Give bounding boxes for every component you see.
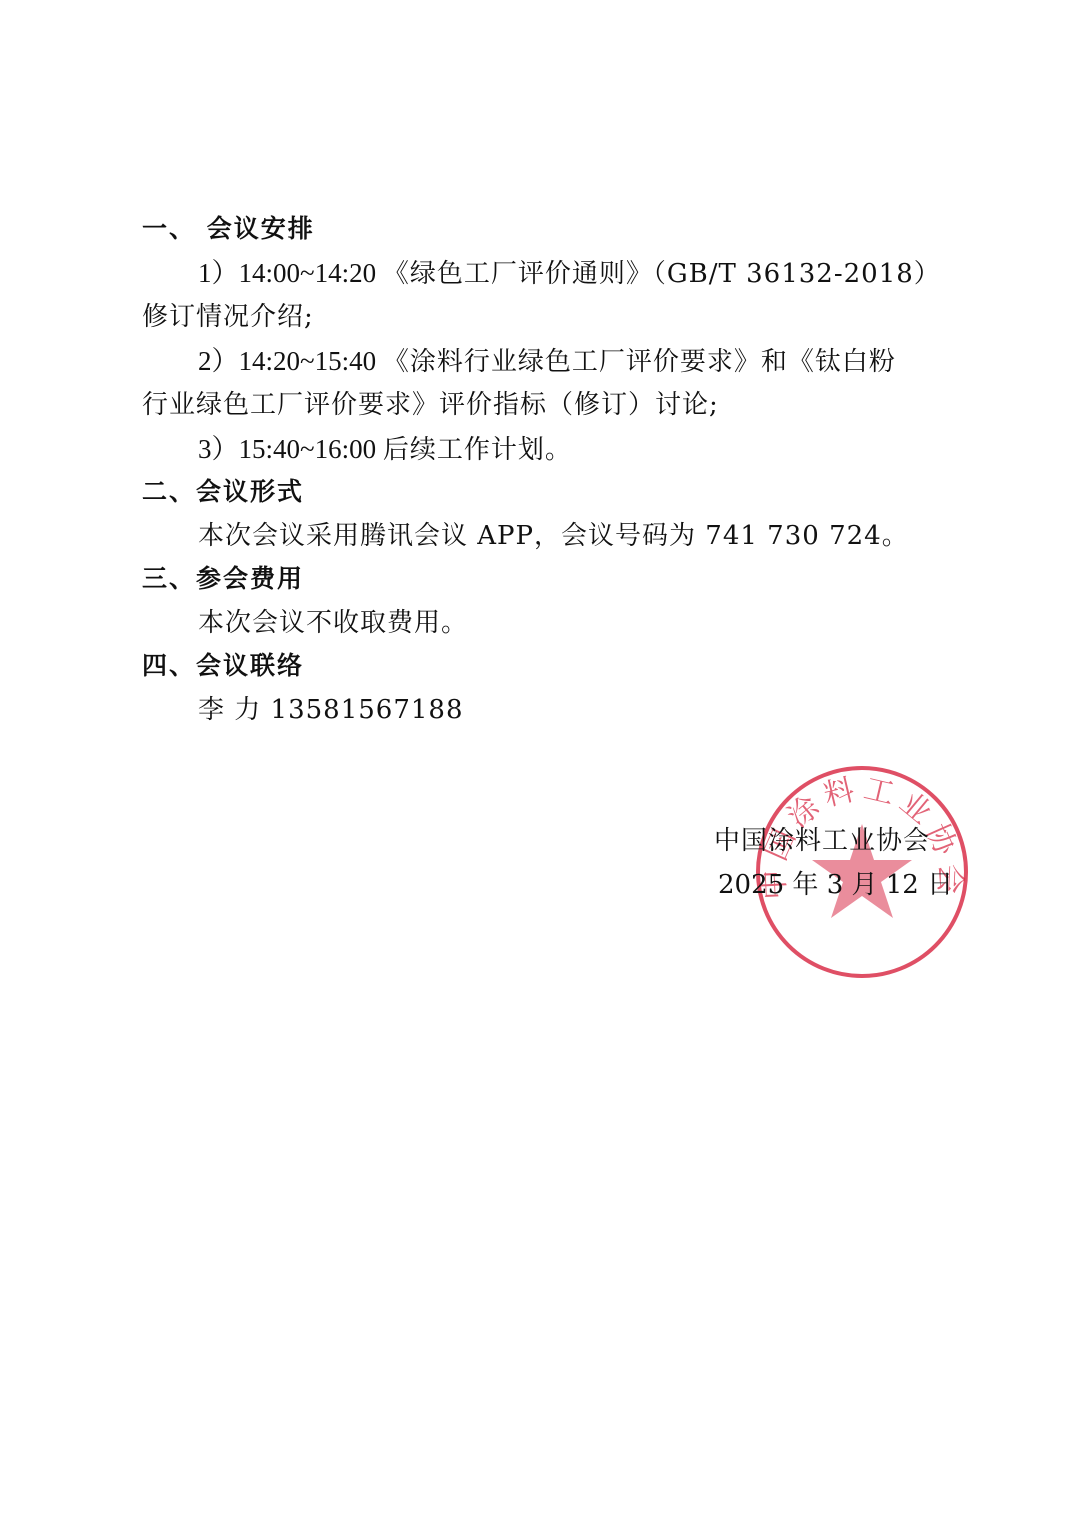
section-heading-format: 二、会议形式 bbox=[142, 477, 304, 507]
format-body: 本次会议采用腾讯会议 APP，会议号码为 741 730 724。 bbox=[198, 521, 909, 551]
agenda-item-1-text: 《绿色工厂评价通则》（GB/T 36132-2018） bbox=[383, 259, 941, 289]
fees-body: 本次会议不收取费用。 bbox=[198, 608, 468, 638]
section-heading-fees: 三、参会费用 bbox=[142, 564, 304, 594]
section-heading-contact: 四、会议联络 bbox=[142, 651, 304, 681]
agenda-item-1-line1: 1）14:00~14:20 《绿色工厂评价通则》（GB/T 36132-2018… bbox=[198, 258, 941, 289]
agenda-item-3-text: 后续工作计划。 bbox=[383, 435, 572, 465]
agenda-item-1-line2: 修订情况介绍; bbox=[142, 302, 314, 332]
signature-date: 2025 年 3 月 12 日 bbox=[718, 870, 953, 900]
section-heading-arrangement: 一、 会议安排 bbox=[142, 214, 315, 244]
agenda-item-1-time: 1）14:00~14:20 bbox=[198, 258, 383, 288]
contact-body: 李 力 13581567188 bbox=[198, 695, 464, 725]
agenda-item-2-time: 2）14:20~15:40 bbox=[198, 346, 383, 376]
agenda-item-3-time: 3）15:40~16:00 bbox=[198, 434, 383, 464]
agenda-item-2-line2: 行业绿色工厂评价要求》评价指标（修订）讨论; bbox=[142, 390, 719, 420]
agenda-item-3-line1: 3）15:40~16:00 后续工作计划。 bbox=[198, 434, 572, 465]
agenda-item-2-text: 《涂料行业绿色工厂评价要求》和《钛白粉 bbox=[383, 347, 896, 377]
agenda-item-2-line1: 2）14:20~15:40 《涂料行业绿色工厂评价要求》和《钛白粉 bbox=[198, 346, 896, 377]
signature-organization: 中国涂料工业协会 bbox=[714, 826, 930, 856]
